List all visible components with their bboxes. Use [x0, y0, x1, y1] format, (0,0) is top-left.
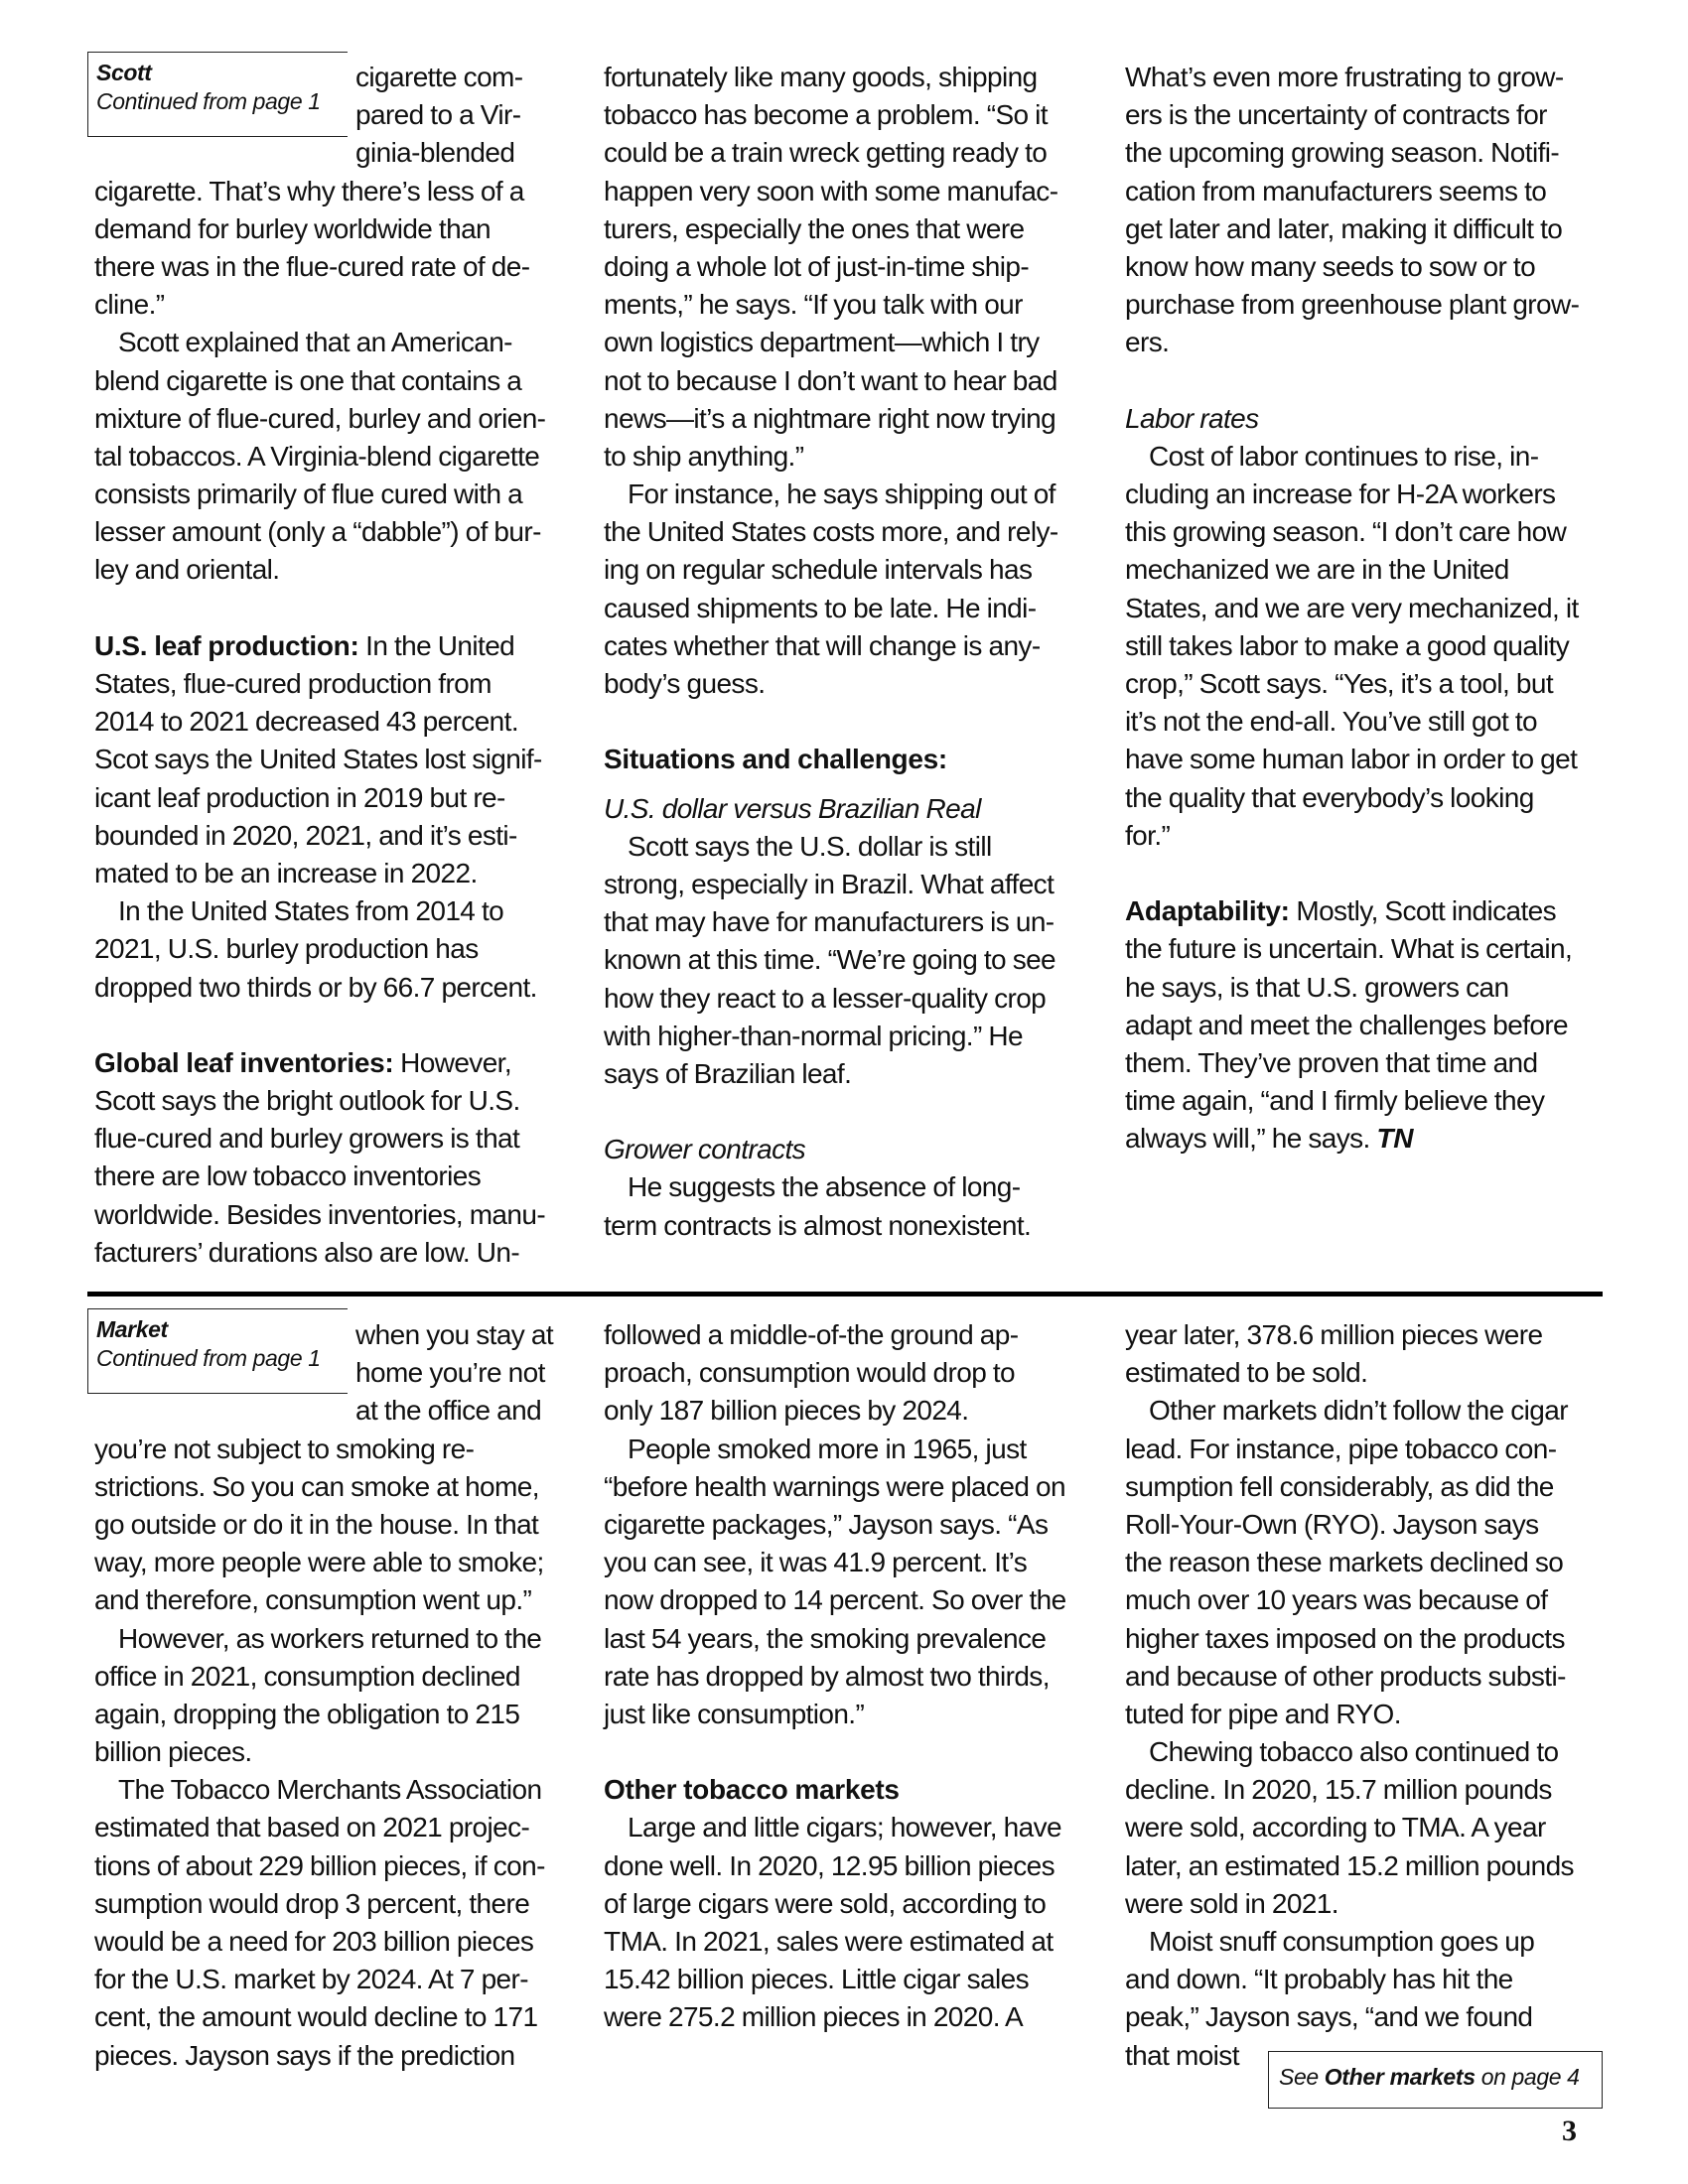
text-line: that may have for manufacturers is un- — [604, 903, 1058, 941]
text-line: this growing season. “I don’t care how — [1125, 513, 1579, 551]
text-line: peak,” Jayson says, “and we found — [1125, 1998, 1574, 2036]
text-line: cline.” — [94, 286, 545, 324]
section-lead-line: U.S. leaf production: In the United — [94, 627, 545, 665]
jump-target: Other markets — [1325, 2064, 1476, 2090]
text-line: tobacco has become a problem. “So it — [604, 96, 1058, 134]
top-column-1-wrap: cigarette com- pared to a Vir- ginia-ble… — [355, 59, 523, 173]
text-line: “before health warnings were placed on — [604, 1468, 1066, 1506]
text-line: fortunately like many goods, shipping — [604, 59, 1058, 96]
bottom-column-1-wrap: when you stay at home you’re not at the … — [355, 1316, 553, 1431]
text-line: TMA. In 2021, sales were estimated at — [604, 1923, 1066, 1961]
text-line: ments,” he says. “If you talk with our — [604, 286, 1058, 324]
text-line: for.” — [1125, 817, 1579, 855]
text-line: cation from manufacturers seems to — [1125, 173, 1579, 210]
text-line: tal tobaccos. A Virginia-blend cigarette — [94, 438, 545, 476]
text-line: happen very soon with some manufac- — [604, 173, 1058, 210]
text-line: the upcoming growing season. Notifi- — [1125, 134, 1579, 172]
text-line: get later and later, making it difficult… — [1125, 210, 1579, 248]
text-line: own logistics department—which I try — [604, 324, 1058, 361]
text-line: you’re not subject to smoking re- — [94, 1431, 545, 1468]
text-line: were sold in 2021. — [1125, 1885, 1574, 1923]
text-line: mated to be an increase in 2022. — [94, 855, 545, 892]
text-line: he says, is that U.S. growers can — [1125, 969, 1579, 1007]
text-line: bounded in 2020, 2021, and it’s esti- — [94, 817, 545, 855]
text-line: known at this time. “We’re going to see — [604, 941, 1058, 979]
jump-prefix: See — [1279, 2064, 1325, 2090]
section-heading-leaf-production: U.S. leaf production: — [94, 630, 358, 661]
text-line: strictions. So you can smoke at home, — [94, 1468, 545, 1506]
subhead-grower-contracts: Grower contracts — [604, 1131, 1058, 1168]
bottom-column-1: you’re not subject to smoking re- strict… — [94, 1431, 545, 2075]
text-line: sumption would drop 3 percent, there — [94, 1885, 545, 1923]
text-line: cent, the amount would decline to 171 — [94, 1998, 545, 2036]
text-line: with higher-than-normal pricing.” He — [604, 1018, 1058, 1055]
text-line: facturers’ durations also are low. Un- — [94, 1234, 545, 1272]
text-line: ing on regular schedule intervals has — [604, 551, 1058, 589]
text-line: States, flue-cured production from — [94, 665, 545, 703]
end-mark-tn: TN — [1376, 1123, 1413, 1154]
text-line: body’s guess. — [604, 665, 1058, 703]
text-line: pared to a Vir- — [355, 96, 523, 134]
text-line: higher taxes imposed on the products — [1125, 1620, 1574, 1658]
text-line: turers, especially the ones that were — [604, 210, 1058, 248]
text-line: at the office and — [355, 1392, 553, 1430]
text-line: Chewing tobacco also continued to — [1125, 1733, 1574, 1771]
text-line: crop,” Scott says. “Yes, it’s a tool, bu… — [1125, 665, 1579, 703]
paragraph-gap — [94, 1007, 545, 1044]
text-line: lesser amount (only a “dabble”) of bur- — [94, 513, 545, 551]
section-heading-situations: Situations and challenges: — [604, 741, 1058, 778]
text-line: tions of about 229 billion pieces, if co… — [94, 1847, 545, 1885]
text-line: Scott says the U.S. dollar is still — [604, 828, 1058, 866]
text-line: consists primarily of flue cured with a — [94, 476, 545, 513]
text-line: estimated that based on 2021 projec- — [94, 1809, 545, 1846]
text-line: Large and little cigars; however, have — [604, 1809, 1066, 1846]
text-run: always will,” he says. — [1125, 1123, 1376, 1154]
text-line: mechanized we are in the United — [1125, 551, 1579, 589]
text-line: home you’re not — [355, 1354, 553, 1392]
text-line: says of Brazilian leaf. — [604, 1055, 1058, 1093]
text-line: ers. — [1125, 324, 1579, 361]
text-line: sumption fell considerably, as did the — [1125, 1468, 1574, 1506]
text-line: office in 2021, consumption declined — [94, 1658, 545, 1696]
text-line: dropped two thirds or by 66.7 percent. — [94, 969, 545, 1007]
text-line: know how many seeds to sow or to — [1125, 248, 1579, 286]
text-line: 2014 to 2021 decreased 43 percent. — [94, 703, 545, 741]
continuation-box-scott: Scott Continued from page 1 — [87, 52, 348, 137]
subhead-labor-rates: Labor rates — [1125, 400, 1579, 438]
text-line: way, more people were able to smoke; — [94, 1544, 545, 1581]
text-line: icant leaf production in 2019 but re- — [94, 779, 545, 817]
continuation-name: Market — [96, 1315, 348, 1343]
text-line: mixture of flue-cured, burley and orien- — [94, 400, 545, 438]
section-lead-line: Global leaf inventories: However, — [94, 1044, 545, 1082]
text-line: have some human labor in order to get — [1125, 741, 1579, 778]
text-line: In the United States from 2014 to — [94, 892, 545, 930]
text-line: doing a whole lot of just-in-time ship- — [604, 248, 1058, 286]
text-line: cigarette packages,” Jayson says. “As — [604, 1506, 1066, 1544]
text-line: the quality that everybody’s looking — [1125, 779, 1579, 817]
text-line: Other markets didn’t follow the cigar — [1125, 1392, 1574, 1430]
continuation-box-market: Market Continued from page 1 — [87, 1308, 348, 1394]
text-line: it’s not the end-all. You’ve still got t… — [1125, 703, 1579, 741]
text-line: worldwide. Besides inventories, manu- — [94, 1196, 545, 1234]
text-line: not to because I don’t want to hear bad — [604, 362, 1058, 400]
section-heading-global-inventories: Global leaf inventories: — [94, 1047, 393, 1078]
text-line: year later, 378.6 million pieces were — [1125, 1316, 1574, 1354]
text-line: done well. In 2020, 12.95 billion pieces — [604, 1847, 1066, 1885]
text-line: strong, especially in Brazil. What affec… — [604, 866, 1058, 903]
text-line: ers is the uncertainty of contracts for — [1125, 96, 1579, 134]
text-line: and because of other products substi- — [1125, 1658, 1574, 1696]
text-line: when you stay at — [355, 1316, 553, 1354]
text-line: blend cigarette is one that contains a — [94, 362, 545, 400]
text-line: decline. In 2020, 15.7 million pounds — [1125, 1771, 1574, 1809]
text-line: just like consumption.” — [604, 1696, 1066, 1733]
text-line: demand for burley worldwide than — [94, 210, 545, 248]
paragraph-gap — [604, 779, 1058, 790]
text-run: In the United — [358, 630, 514, 661]
article-divider — [87, 1292, 1603, 1297]
text-run: However, — [393, 1047, 511, 1078]
top-column-3: What’s even more frustrating to grow- er… — [1125, 59, 1579, 1158]
text-line: People smoked more in 1965, just — [604, 1431, 1066, 1468]
section-heading-other-markets: Other tobacco markets — [604, 1771, 1066, 1809]
text-line: them. They’ve proven that time and — [1125, 1044, 1579, 1082]
text-line: last 54 years, the smoking prevalence — [604, 1620, 1066, 1658]
subhead-dollar-vs-real: U.S. dollar versus Brazilian Real — [604, 790, 1058, 828]
text-line: ley and oriental. — [94, 551, 545, 589]
text-line: could be a train wreck getting ready to — [604, 134, 1058, 172]
text-line: the future is uncertain. What is certain… — [1125, 930, 1579, 968]
text-line: ginia-blended — [355, 134, 523, 172]
section-heading-adaptability: Adaptability: — [1125, 895, 1290, 926]
text-line: and therefore, consumption went up.” — [94, 1581, 545, 1619]
paragraph-gap — [1125, 362, 1579, 400]
text-line: 2021, U.S. burley production has — [94, 930, 545, 968]
text-line: of large cigars were sold, according to — [604, 1885, 1066, 1923]
text-line: Moist snuff consumption goes up — [1125, 1923, 1574, 1961]
text-line: cluding an increase for H-2A workers — [1125, 476, 1579, 513]
text-line: pieces. Jayson says if the prediction — [94, 2037, 545, 2075]
text-line: and down. “It probably has hit the — [1125, 1961, 1574, 1998]
text-line: What’s even more frustrating to grow- — [1125, 59, 1579, 96]
text-line: the United States costs more, and rely- — [604, 513, 1058, 551]
continuation-name: Scott — [96, 59, 348, 86]
text-line: always will,” he says. TN — [1125, 1120, 1579, 1158]
text-line: For instance, he says shipping out of — [604, 476, 1058, 513]
text-line: Scott explained that an American- — [94, 324, 545, 361]
text-line: term contracts is almost nonexistent. — [604, 1207, 1058, 1245]
paragraph-gap — [94, 590, 545, 627]
text-line: tuted for pipe and RYO. — [1125, 1696, 1574, 1733]
text-line: purchase from greenhouse plant grow- — [1125, 286, 1579, 324]
section-lead-line: Adaptability: Mostly, Scott indicates — [1125, 892, 1579, 930]
text-line: there was in the flue-cured rate of de- — [94, 248, 545, 286]
text-line: He suggests the absence of long- — [604, 1168, 1058, 1206]
text-line: again, dropping the obligation to 215 — [94, 1696, 545, 1733]
continued-on-page-4-link[interactable]: See Other markets on page 4 — [1268, 2051, 1603, 2109]
jump-suffix: on page 4 — [1476, 2064, 1580, 2090]
text-line: were sold, according to TMA. A year — [1125, 1809, 1574, 1846]
text-line: cigarette. That’s why there’s less of a — [94, 173, 545, 210]
text-line: estimated to be sold. — [1125, 1354, 1574, 1392]
top-column-2: fortunately like many goods, shipping to… — [604, 59, 1058, 1245]
paragraph-gap — [1125, 855, 1579, 892]
text-line: 15.42 billion pieces. Little cigar sales — [604, 1961, 1066, 1998]
text-line: cigarette com- — [355, 59, 523, 96]
text-line: States, and we are very mechanized, it — [1125, 590, 1579, 627]
text-line: time again, “and I firmly believe they — [1125, 1082, 1579, 1120]
continuation-from: Continued from page 1 — [96, 1343, 348, 1373]
text-line: were 275.2 million pieces in 2020. A — [604, 1998, 1066, 2036]
text-line: the reason these markets declined so — [1125, 1544, 1574, 1581]
text-line: lead. For instance, pipe tobacco con- — [1125, 1431, 1574, 1468]
text-line: only 187 billion pieces by 2024. — [604, 1392, 1066, 1430]
text-line: proach, consumption would drop to — [604, 1354, 1066, 1392]
bottom-column-3: year later, 378.6 million pieces were es… — [1125, 1316, 1574, 2075]
text-line: much over 10 years was because of — [1125, 1581, 1574, 1619]
text-line: cates whether that will change is any- — [604, 627, 1058, 665]
text-line: you can see, it was 41.9 percent. It’s — [604, 1544, 1066, 1581]
text-line: flue-cured and burley growers is that — [94, 1120, 545, 1158]
text-line: Scot says the United States lost signif- — [94, 741, 545, 778]
text-line: now dropped to 14 percent. So over the — [604, 1581, 1066, 1619]
paragraph-gap — [604, 703, 1058, 741]
continuation-from: Continued from page 1 — [96, 86, 348, 116]
text-line: to ship anything.” — [604, 438, 1058, 476]
text-line: The Tobacco Merchants Association — [94, 1771, 545, 1809]
bottom-column-2: followed a middle-of-the ground ap- proa… — [604, 1316, 1066, 2037]
text-line: would be a need for 203 billion pieces — [94, 1923, 545, 1961]
text-line: Scott says the bright outlook for U.S. — [94, 1082, 545, 1120]
text-line: news—it’s a nightmare right now trying — [604, 400, 1058, 438]
text-line: adapt and meet the challenges before — [1125, 1007, 1579, 1044]
top-column-1: cigarette. That’s why there’s less of a … — [94, 173, 545, 1272]
text-run: Mostly, Scott indicates — [1290, 895, 1556, 926]
text-line: there are low tobacco inventories — [94, 1158, 545, 1195]
paragraph-gap — [604, 1093, 1058, 1131]
text-line: how they react to a lesser-quality crop — [604, 980, 1058, 1018]
text-line: later, an estimated 15.2 million pounds — [1125, 1847, 1574, 1885]
text-line: However, as workers returned to the — [94, 1620, 545, 1658]
text-line: rate has dropped by almost two thirds, — [604, 1658, 1066, 1696]
text-line: for the U.S. market by 2024. At 7 per- — [94, 1961, 545, 1998]
text-line: caused shipments to be late. He indi- — [604, 590, 1058, 627]
text-line: billion pieces. — [94, 1733, 545, 1771]
page-number: 3 — [1562, 2115, 1577, 2148]
newsletter-page: Scott Continued from page 1 cigarette co… — [0, 0, 1688, 2184]
paragraph-gap — [604, 1733, 1066, 1771]
text-line: followed a middle-of-the ground ap- — [604, 1316, 1066, 1354]
text-line: go outside or do it in the house. In tha… — [94, 1506, 545, 1544]
text-line: Roll-Your-Own (RYO). Jayson says — [1125, 1506, 1574, 1544]
text-line: Cost of labor continues to rise, in- — [1125, 438, 1579, 476]
text-line: still takes labor to make a good quality — [1125, 627, 1579, 665]
